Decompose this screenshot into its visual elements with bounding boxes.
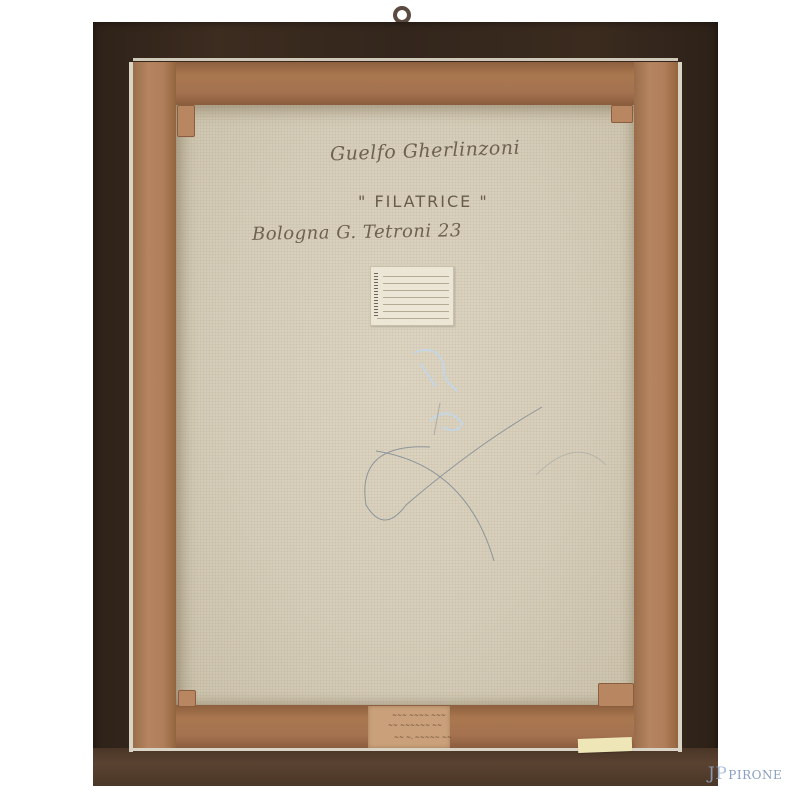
pencil-loop <box>365 407 542 520</box>
stretcher-bar-left <box>133 62 176 748</box>
inscription-address: Bologna G. Tetroni 23 <box>252 220 462 245</box>
inscription-title: " FILATRICE " <box>358 192 489 211</box>
watermark-text: PIRONE <box>728 768 782 782</box>
stretcher-bar-right <box>634 62 678 748</box>
chalk-mark-letters <box>430 413 462 430</box>
stretcher-bar-top <box>176 62 634 105</box>
barcode-icon <box>374 272 378 316</box>
masking-tape <box>578 737 632 753</box>
frame-gap-top <box>133 58 678 61</box>
watermark: JPPIRONE <box>708 764 782 784</box>
chalk-mark-top <box>414 350 458 391</box>
watermark-monogram-icon: JP <box>708 764 727 784</box>
frame-gap-right <box>678 62 682 752</box>
frame-bottom-rail <box>93 748 718 786</box>
stretcher-paper-label: ~~~ ~~~~ ~~~ ~~ ~~~~~~ ~~ ~~ ~. ~~~~~ ~~ <box>368 706 450 748</box>
canvas-label <box>370 266 454 326</box>
